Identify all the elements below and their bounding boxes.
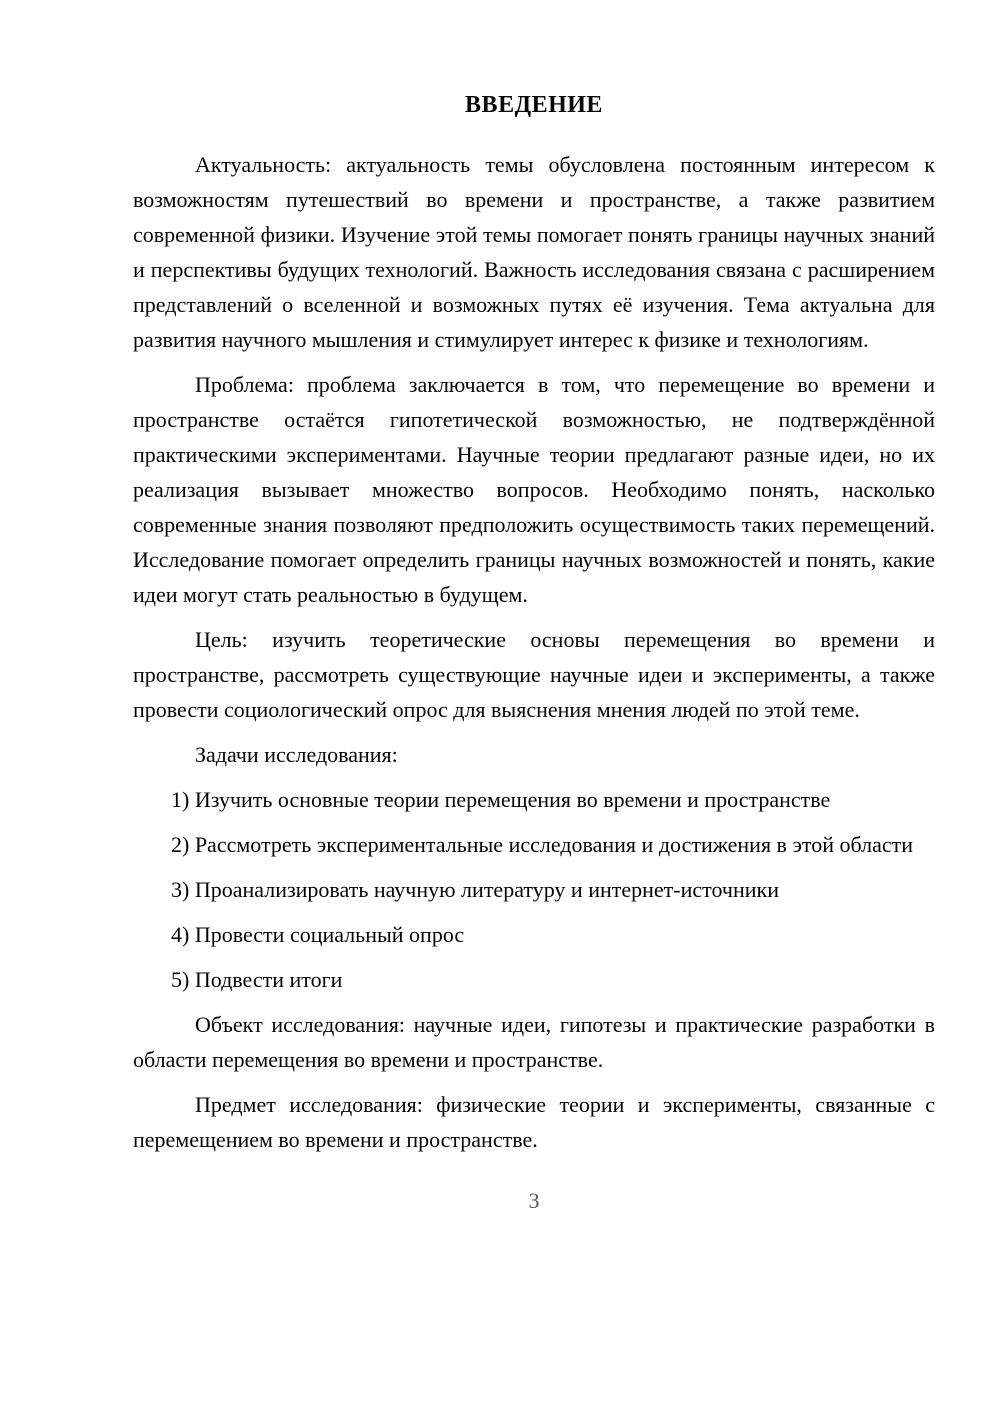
document-page: ВВЕДЕНИЕ Актуальность: актуальность темы…	[0, 0, 1000, 1414]
paragraph-problema: Проблема: проблема заключается в том, чт…	[133, 367, 935, 612]
task-item-2: 2) Рассмотреть экспериментальные исследо…	[133, 827, 935, 862]
task-item-4: 4) Провести социальный опрос	[133, 917, 935, 952]
page-title: ВВЕДЕНИЕ	[133, 88, 935, 123]
paragraph-aktualnost: Актуальность: актуальность темы обусловл…	[133, 147, 935, 357]
task-item-3: 3) Проанализировать научную литературу и…	[133, 872, 935, 907]
task-item-1: 1) Изучить основные теории перемещения в…	[133, 782, 935, 817]
paragraph-obekt: Объект исследования: научные идеи, гипот…	[133, 1007, 935, 1077]
task-item-5: 5) Подвести итоги	[133, 962, 935, 997]
paragraph-tsel: Цель: изучить теоретические основы перем…	[133, 622, 935, 727]
paragraph-predmet: Предмет исследования: физические теории …	[133, 1087, 935, 1157]
page-number: 3	[133, 1183, 935, 1218]
tasks-heading: Задачи исследования:	[133, 737, 935, 772]
